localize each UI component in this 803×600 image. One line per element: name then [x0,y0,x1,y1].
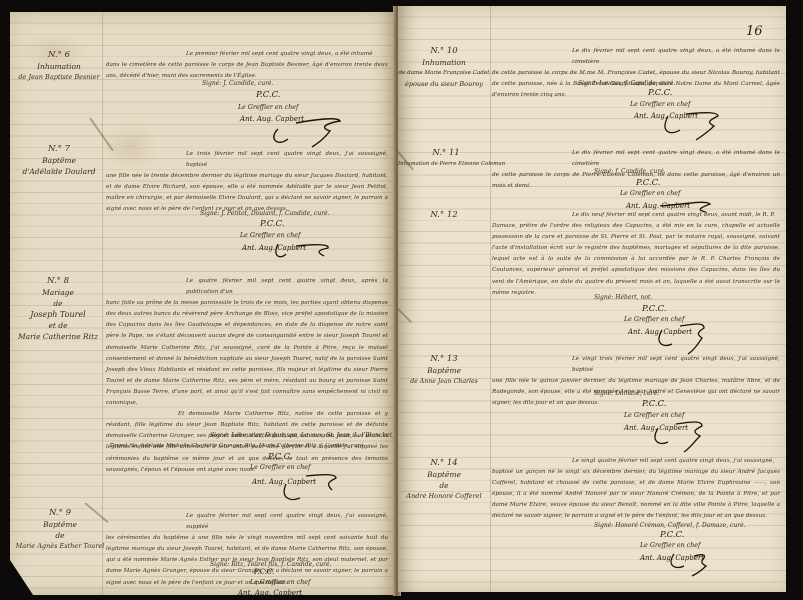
entry-subject: de [10,298,106,309]
entry-number: N.° 6 [14,50,104,61]
signature-flourish-icon [270,238,340,264]
entry-text-first-line: Le quatre février mil sept cent quatre v… [106,276,388,298]
entry-heading: N.° 6 Inhumation de Jean Baptiste Besnie… [14,50,104,83]
entry-text-first-line: Le dix février mil sept cent quatre ving… [492,148,780,170]
entry-kind: Baptême [10,519,110,530]
pcc-mark: P.C.C. [254,568,274,576]
greffier-title: Le Greffier en chef [620,190,680,197]
pcc-mark: P.C.C. [642,304,667,314]
entry-number: N.° 13 [398,354,490,365]
entry-subject: Marie Catherine Ritz [10,331,106,342]
entry-text: Le dix février mil sept cent quatre ving… [492,46,780,101]
entry-subject: de [398,480,490,491]
entry-text: Le premier février mil sept cent quatre … [106,49,388,82]
signed-line: Signé: J. Petitot, Doulard, f. Candide, … [200,210,330,217]
entry-heading: N.° 9 Baptême de Marie Agnès Esther Tour… [10,508,110,552]
pcc-mark: P.C.C. [256,90,281,100]
entry-heading: N.° 14 Baptême de André Honoré Cofferel [398,458,490,502]
entry-subject: de Jean Baptiste Besnier [14,72,104,83]
pcc-mark: P.C.C. [648,88,673,98]
entry-text-first-line: Le vingt quatre février mil sept cent qu… [492,456,780,467]
signed-line: Signé: Damaze, curé. [594,390,659,397]
entry-text-body: baptisé un garçon né le vingt six décemb… [492,467,780,522]
entry-kind: Inhumation [398,57,490,68]
entry-number: N.° 14 [398,458,490,469]
entry-text-body: dans le cimetière de cette paroisse le c… [106,60,388,82]
signed-line: Signé: Lavaux, f. Candide, curé. [578,80,675,87]
entry-text-body: Damaze, prêtre de l'ordre des religieux … [492,221,780,299]
entry-heading: N.° 13 Baptême de Anne Jean Charles [398,354,490,387]
entry-heading: N.° 8 Mariage de Joseph Tourel et de Mar… [10,276,106,342]
signature-flourish-icon [280,470,350,504]
entry-subject: et de [10,320,106,331]
entry-subject: Joseph Tourel [10,309,106,320]
entry-number: N.° 8 [10,276,106,287]
signature: Ant. Aug. Capbert [238,589,302,595]
right-page: 16 N.° 10 Inhumation de dame Marie Franç… [398,6,786,592]
entry-subject: de [10,530,110,541]
signed-line: Signé: f. Candide, curé. [594,168,666,175]
pcc-mark: P.C.C. [636,178,661,188]
left-page: N.° 6 Inhumation de Jean Baptiste Besnie… [10,12,395,595]
entry-text: Le trois février mil sept cent quatre vi… [106,149,388,216]
entry-text: Le vingt trois février mil sept cent qua… [492,354,780,409]
entry-text: Le vingt quatre février mil sept cent qu… [492,456,780,523]
entry-kind: Baptême [14,155,104,166]
entry-kind: Inhumation [14,61,104,72]
signed-line: Signé: Ritz, Tourel fils, f. Candide, cu… [210,561,331,568]
signed-line: Signé: Hébert, not. [594,294,652,301]
entry-subject: de dame Marie Françoise Cadet [398,68,490,79]
signed-line: Signé: Lebouvier, Dubuisson, Lavaux, St.… [210,432,394,439]
entry-text: Le dix neuf février mil sept cent quatre… [492,210,780,299]
entry-text-first-line: Le vingt trois février mil sept cent qua… [492,354,780,376]
entry-text-first-line: Le trois février mil sept cent quatre vi… [106,149,388,171]
folio-number: 16 [746,24,763,39]
entry-text-first-line: Le premier février mil sept cent quatre … [106,49,388,60]
entry-number: N.° 7 [14,144,104,155]
signed-line: Signé: J. Candide, curé. [202,80,274,87]
signature-flourish-icon [666,548,726,578]
ink-bleed [398,306,412,323]
entry-text-first-line: Le dix février mil sept cent quatre ving… [492,46,780,68]
signed-line: Tourel fils, Adélaïde Michelle Charlotte… [110,443,365,449]
entry-number: N.° 11 [398,148,494,159]
entry-number: N.° 12 [398,210,490,221]
entry-subject: Marie Agnès Esther Tourel [10,541,110,552]
entry-text-body: une fille née le trente décembre dernier… [106,171,388,215]
entry-subject: André Honoré Cofferel [398,491,490,502]
entry-kind: Baptême [398,365,490,376]
entry-text-first-line: Le dix neuf février mil sept cent quatre… [492,210,780,221]
entry-heading: N.° 7 Baptême d'Adélaïde Doulard [14,144,104,177]
signature-flourish-icon [268,109,348,149]
pcc-mark: P.C.C. [642,399,667,409]
entry-text-first-line: Le quatre février mil sept cent quatre v… [106,511,388,533]
entry-subject: de Anne Jean Charles [398,376,490,387]
entry-text: Le quatre février mil sept cent quatre v… [106,511,388,589]
greffier-title: Le Greffier en chef [250,579,310,586]
pcc-mark: P.C.C. [260,219,285,229]
pcc-mark: P.C.C. [268,452,293,462]
entry-heading: N.° 10 Inhumation de dame Marie François… [398,46,490,90]
entry-number: N.° 10 [398,46,490,57]
pcc-mark: P.C.C. [660,530,685,540]
entry-kind: Mariage [10,287,106,298]
entry-kind: Baptême [398,469,490,480]
signature-flourish-icon [660,106,730,142]
entry-heading: N.° 12 [398,210,490,221]
signature-flourish-icon [650,418,720,454]
entry-text-body: banc faite au prône de la messe paroissi… [106,298,388,409]
margin-rule [490,6,491,592]
signature-flourish-icon [654,320,724,356]
open-register-book: N.° 6 Inhumation de Jean Baptiste Besnie… [0,0,803,600]
entry-subject: épouse du sieur Bouroy [398,79,490,90]
entry-subject: d'Adélaïde Doulard [14,166,104,177]
signed-line: Signé: Honoré Crémon, Cofferel, f. Damaz… [594,522,746,529]
